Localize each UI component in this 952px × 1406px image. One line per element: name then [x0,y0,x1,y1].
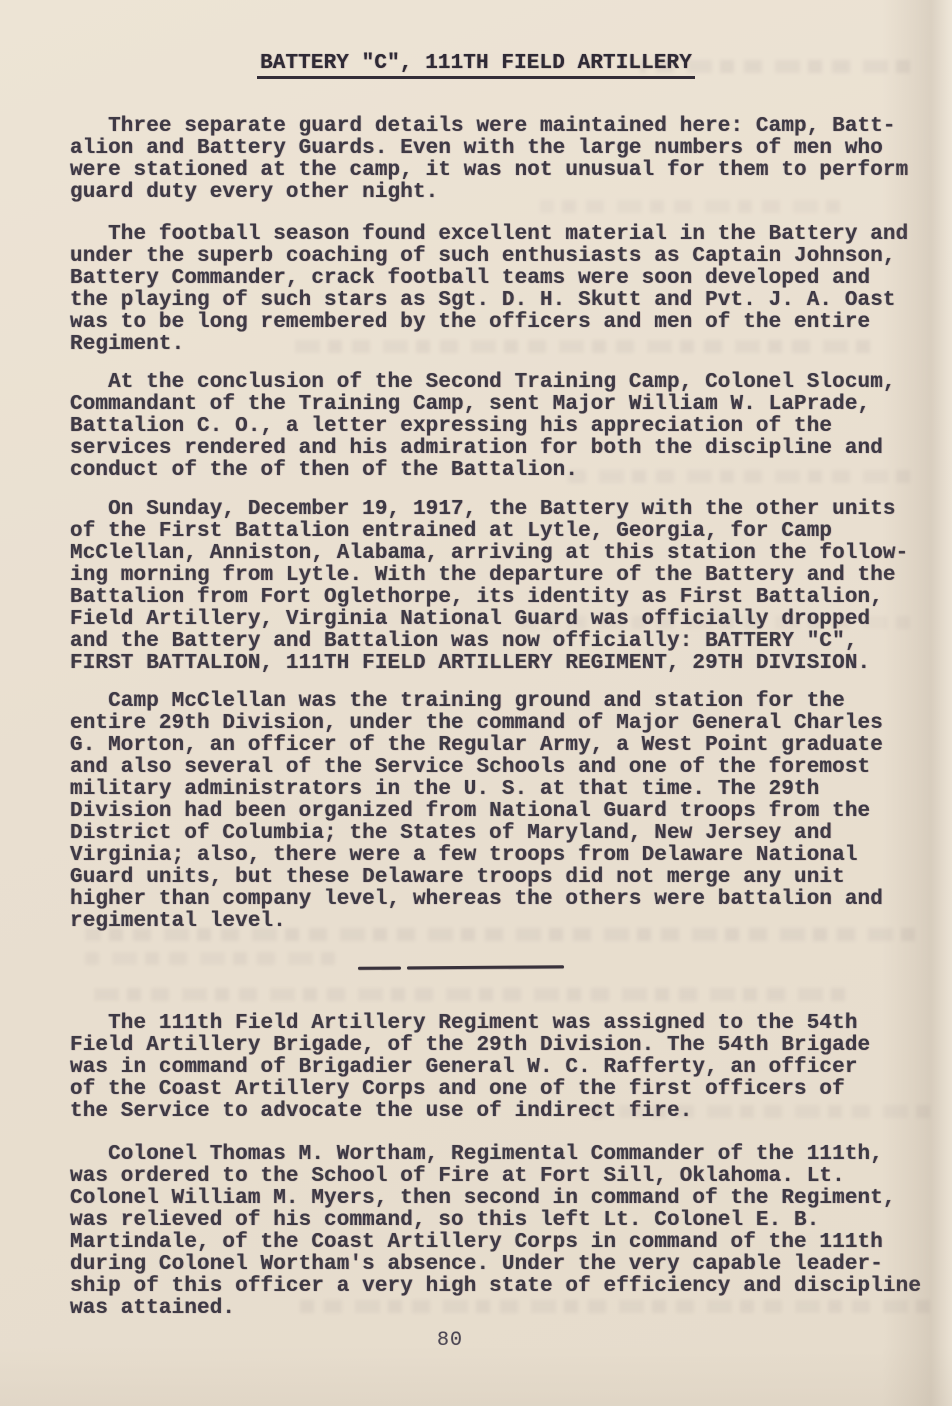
page-number: 80 [437,1329,463,1352]
section-divider [358,965,568,970]
bleed-through-smudge [85,952,335,965]
paragraph-entrainment: On Sunday, December 19, 1917, the Batter… [70,499,908,675]
title-block: BATTERY "C", 111TH FIELD ARTILLERY [0,52,952,79]
paragraph-54th-brigade: The 111th Field Artillery Regiment was a… [70,1013,870,1123]
document-page: BATTERY "C", 111TH FIELD ARTILLERY Three… [0,0,952,1406]
paragraph-football-season: The football season found excellent mate… [70,224,908,356]
bleed-through-smudge [85,988,845,1001]
divider-segment-right [407,965,564,969]
paragraph-guard-details: Three separate guard details were mainta… [70,116,908,204]
paragraph-colonel-wortham: Colonel Thomas M. Wortham, Regimental Co… [70,1144,921,1320]
page-bottom-shading [0,1346,952,1406]
page-title: BATTERY "C", 111TH FIELD ARTILLERY [257,52,695,79]
paragraph-camp-mcclellan: Camp McClellan was the training ground a… [70,691,883,933]
paragraph-training-camp: At the conclusion of the Second Training… [70,372,896,482]
divider-segment-left [358,966,401,969]
